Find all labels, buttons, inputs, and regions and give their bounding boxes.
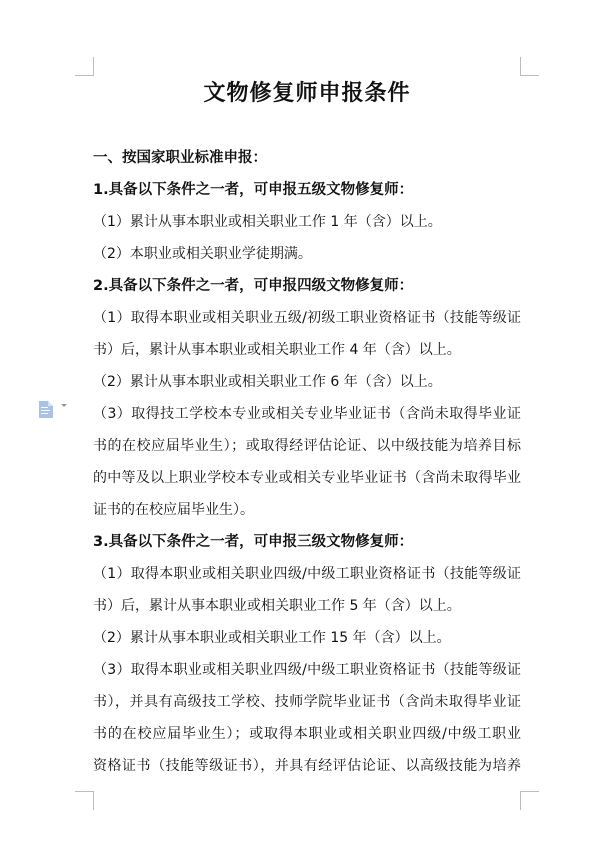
doc-line: 2.具备以下条件之一者，可申报四级文物修复师： (93, 270, 521, 302)
margin-corner-top-right (520, 57, 539, 76)
doc-line: （3）取得技工学校本专业或相关专业毕业证书（含尚未取得毕业证 (93, 398, 521, 430)
document-paragraph-icon[interactable] (39, 401, 53, 418)
doc-line: 书），并具有高级技工学校、技师学院毕业证书（含尚未取得毕业证 (93, 686, 521, 718)
doc-line: 一、按国家职业标准申报： (93, 142, 521, 174)
margin-corner-bottom-left (75, 791, 94, 810)
doc-line: （1）累计从事本职业或相关职业工作 1 年（含）以上。 (93, 206, 521, 238)
doc-line: 的中等及以上职业学校本专业或相关专业毕业证书（含尚未取得毕业 (93, 462, 521, 494)
margin-corner-bottom-right (520, 791, 539, 810)
doc-line: 书的在校应届毕业生）；或取得经评估论证、以中级技能为培养目标 (93, 430, 521, 462)
doc-line: （3）取得本职业或相关职业四级/中级工职业资格证书（技能等级证 (93, 654, 521, 686)
document-title: 文物修复师申报条件 (0, 76, 614, 107)
chevron-down-icon[interactable] (61, 404, 67, 407)
doc-line: （1）取得本职业或相关职业四级/中级工职业资格证书（技能等级证 (93, 558, 521, 590)
doc-line: （2）累计从事本职业或相关职业工作 6 年（含）以上。 (93, 366, 521, 398)
doc-line: （1）取得本职业或相关职业五级/初级工职业资格证书（技能等级证 (93, 302, 521, 334)
doc-line: 书）后，累计从事本职业或相关职业工作 5 年（含）以上。 (93, 590, 521, 622)
doc-line: 书的在校应届毕业生）；或取得本职业或相关职业四级/中级工职业 (93, 718, 521, 750)
doc-line: 1.具备以下条件之一者，可申报五级文物修复师： (93, 174, 521, 206)
doc-line: 3.具备以下条件之一者，可申报三级文物修复师： (93, 526, 521, 558)
doc-line: 书）后，累计从事本职业或相关职业工作 4 年（含）以上。 (93, 334, 521, 366)
doc-line: （2）累计从事本职业或相关职业工作 15 年（含）以上。 (93, 622, 521, 654)
margin-corner-top-left (75, 57, 94, 76)
doc-line: 资格证书（技能等级证书），并具有经评估论证、以高级技能为培养 (93, 750, 521, 782)
doc-line: （2）本职业或相关职业学徒期满。 (93, 238, 521, 270)
document-body: 一、按国家职业标准申报： 1.具备以下条件之一者，可申报五级文物修复师： （1）… (93, 142, 521, 782)
doc-line: 证书的在校应届毕业生）。 (93, 494, 521, 526)
